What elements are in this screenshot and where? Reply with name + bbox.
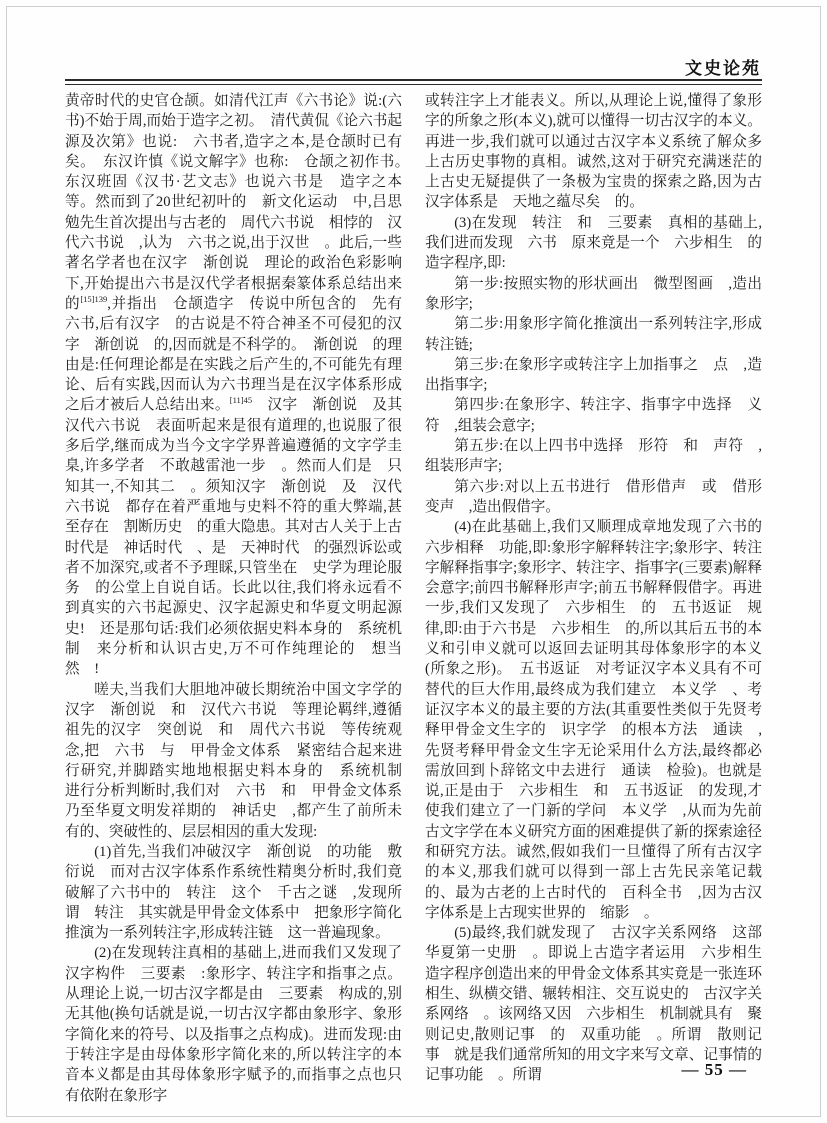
paragraph: 第五步:在以上四书中选择 形符 和 声符 ,组装形声字; (425, 436, 762, 477)
paragraph-text: 或转注字上才能表义。所以,从理论上说,懂得了象形字的所象之形(本义),就可以懂得… (425, 93, 762, 210)
journal-page: 文史论苑 黄帝时代的史官仓颉。如清代江声《六书论》说:(六书)不始于周,而始于造… (0, 0, 827, 1123)
paragraph: 第一步:按照实物的形状画出 微型图画 ,造出象形字; (425, 274, 762, 315)
paragraph-text: 嗟夫,当我们大胆地冲破长期统治中国文字学的汉字 渐创说 和 汉代六书说 等理论羁… (65, 682, 417, 840)
paragraph-text: (1)首先,当我们冲破汉字 渐创说 的功能 敷衍说 而对古汉字体系作系统性精奥分… (65, 844, 402, 941)
paragraph: (3)在发现 转注 和 三要素 真相的基础上,我们进而发现 六书 原来竟是一个 … (425, 213, 762, 274)
paragraph-text: (4)在此基础上,我们又顺理成章地发现了六书的 六步相释 功能,即:象形字解释转… (425, 519, 777, 921)
paragraph-text: 第一步:按照实物的形状画出 微型图画 ,造出象形字; (425, 276, 762, 312)
paragraph-text: 黄帝时代的史官仓颉。如清代江声《六书论》说:(六书)不始于周,而始于造字之初。 … (65, 93, 417, 312)
paragraph-text: 汉字 渐创说 及其 汉代六书说 表面听起来是很有道理的,也说服了很多后学,继而成… (65, 397, 417, 677)
column-left: 黄帝时代的史官仓颉。如清代江声《六书论》说:(六书)不始于周,而始于造字之初。 … (65, 91, 402, 1106)
paragraph: 嗟夫,当我们大胆地冲破长期统治中国文字学的汉字 渐创说 和 汉代六书说 等理论羁… (65, 680, 402, 842)
paragraph: 黄帝时代的史官仓颉。如清代江声《六书论》说:(六书)不始于周,而始于造字之初。 … (65, 91, 402, 680)
paragraph: (2)在发现转注真相的基础上,进而我们又发现了汉字构件 三要素 :象形字、转注字… (65, 943, 402, 1105)
paragraph: 第三步:在象形字或转注字上加指事之 点 ,造出指事字; (425, 355, 762, 396)
journal-section-title: 文史论苑 (685, 54, 761, 79)
citation-superscript: [11]45 (230, 396, 252, 406)
paragraph-text: 第三步:在象形字或转注字上加指事之 点 ,造出指事字; (425, 357, 762, 393)
paragraph-text: 第五步:在以上四书中选择 形符 和 声符 ,组装形声字; (425, 438, 762, 474)
paragraph-text: 第六步:对以上五书进行 借形借声 或 借形变声 ,造出假借字。 (425, 479, 762, 515)
paragraph: 第四步:在象形字、转注字、指事字中选择 义符 ,组装会意字; (425, 395, 762, 436)
paragraph-text: 第四步:在象形字、转注字、指事字中选择 义符 ,组装会意字; (425, 397, 762, 433)
paragraph-text: 第二步:用象形字简化推演出一系列转注字,形成转注链; (425, 316, 762, 352)
paragraph: (1)首先,当我们冲破汉字 渐创说 的功能 敷衍说 而对古汉字体系作系统性精奥分… (65, 842, 402, 943)
citation-superscript: [15]139 (80, 294, 107, 304)
article-body: 黄帝时代的史官仓颉。如清代江声《六书论》说:(六书)不始于周,而始于造字之初。 … (65, 91, 762, 1106)
paragraph-text: (2)在发现转注真相的基础上,进而我们又发现了汉字构件 三要素 :象形字、转注字… (65, 945, 402, 1103)
page-number: — 55 — (682, 1060, 748, 1080)
paragraph-text: (3)在发现 转注 和 三要素 真相的基础上,我们进而发现 六书 原来竟是一个 … (425, 215, 762, 272)
paragraph: 第六步:对以上五书进行 借形借声 或 借形变声 ,造出假借字。 (425, 477, 762, 518)
paragraph: 或转注字上才能表义。所以,从理论上说,懂得了象形字的所象之形(本义),就可以懂得… (425, 91, 762, 213)
column-right: 或转注字上才能表义。所以,从理论上说,懂得了象形字的所象之形(本义),就可以懂得… (425, 91, 762, 1106)
paragraph: (4)在此基础上,我们又顺理成章地发现了六书的 六步相释 功能,即:象形字解释转… (425, 517, 762, 923)
paragraph: 第二步:用象形字简化推演出一系列转注字,形成转注链; (425, 314, 762, 355)
header-rule (65, 79, 762, 85)
